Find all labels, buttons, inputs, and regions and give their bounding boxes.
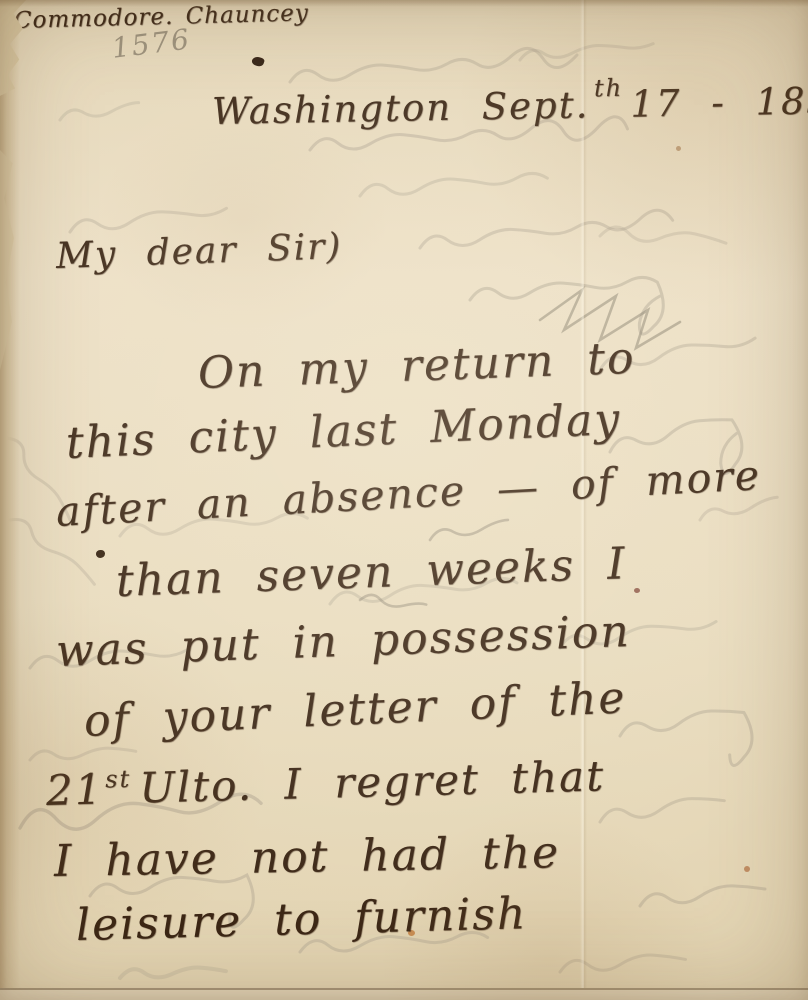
torn-left-edge bbox=[0, 0, 20, 1000]
bottom-page-edge bbox=[0, 988, 808, 1000]
letter-page: Commodore. Chauncey 1576 Washington Sept… bbox=[0, 0, 808, 1000]
letter-line: I have not had the bbox=[54, 827, 571, 887]
foxing-spot bbox=[744, 866, 750, 872]
dateline-day-year: 17 - 1835 bbox=[630, 79, 808, 126]
dateline-superscript: th bbox=[594, 74, 624, 103]
foxing-spot bbox=[676, 146, 681, 151]
top-edge-shadow bbox=[0, 0, 808, 7]
dateline-place-month: Washington Sept. bbox=[212, 83, 590, 133]
